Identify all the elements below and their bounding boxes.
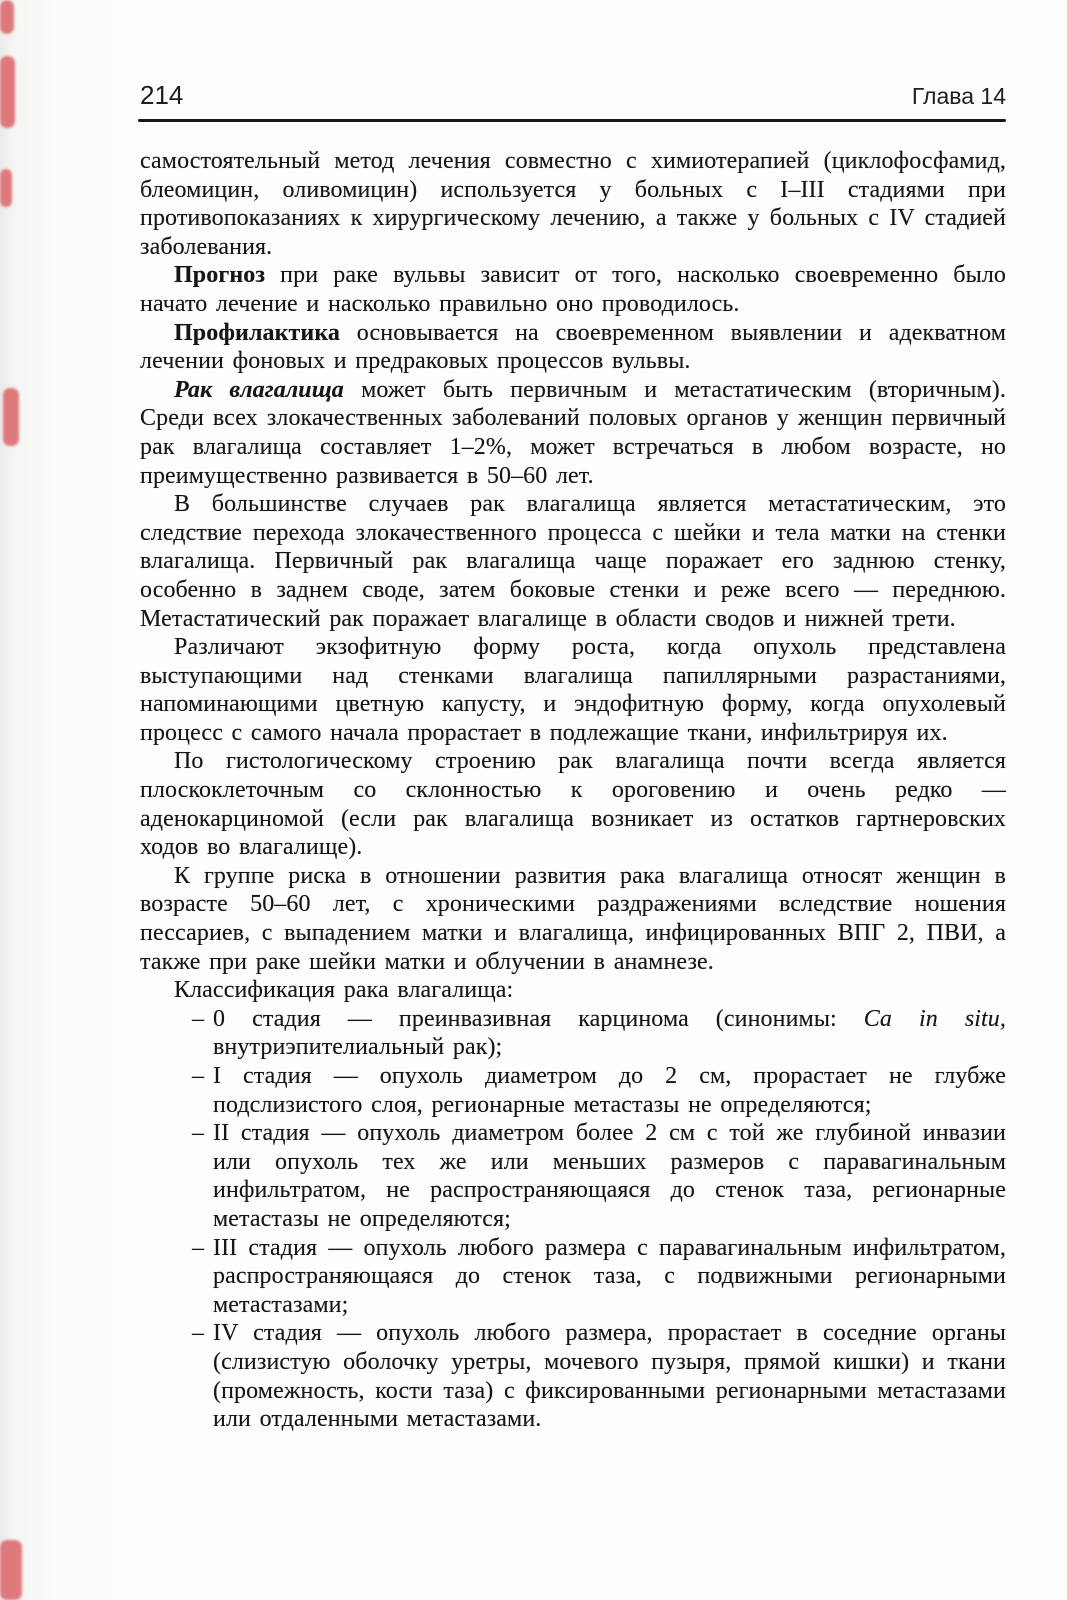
text-segment: 0 стадия — преинвазивная карцинома (сино… (213, 1006, 864, 1032)
text-segment: внутриэпителиальный рак); (213, 1034, 502, 1060)
red-edge-scan-mark (0, 169, 12, 207)
text-segment: В большинстве случаев рак влагалища явля… (140, 491, 1006, 631)
text-segment: Ca in situ, (864, 1006, 1006, 1032)
paragraph: К группе риска в отношении развития рака… (140, 862, 1006, 976)
text-segment: при раке вульвы зависит от того, насколь… (140, 262, 1006, 317)
header-rule (138, 119, 1006, 122)
paragraph: Рак влагалища может быть первичным и мет… (140, 376, 1006, 490)
stage-list-item: –III стадия — опухоль любого размера с п… (140, 1234, 1006, 1320)
text-segment: К группе риска в отношении развития рака… (140, 863, 1006, 975)
red-edge-scan-mark (3, 388, 19, 446)
body-text: самостоятельный метод лечения совместно … (140, 147, 1006, 1434)
red-edge-scan-mark (0, 1540, 22, 1600)
page-header: 214 Глава 14 (140, 82, 1006, 108)
text-segment: Различают экзофитную форму роста, когда … (140, 634, 1006, 746)
text-segment: III стадия — опухоль любого размера с па… (213, 1235, 1006, 1318)
text-segment: II стадия — опухоль диаметром более 2 см… (213, 1120, 1006, 1232)
page-number: 214 (140, 82, 183, 108)
scanned-book-page: 214 Глава 14 самостоятельный метод лечен… (0, 0, 1067, 1600)
paragraph: В большинстве случаев рак влагалища явля… (140, 490, 1006, 633)
paragraph: По гистологическому строению рак влагали… (140, 747, 1006, 861)
text-segment: самостоятельный метод лечения совместно … (140, 148, 1006, 260)
text-segment: IV стадия — опухоль любого размера, прор… (213, 1320, 1006, 1432)
paragraph: Профилактика основывается на своевременн… (140, 319, 1006, 376)
list-dash-marker: – (192, 1119, 204, 1148)
text-segment: Рак влагалища (174, 377, 344, 403)
red-edge-scan-mark (0, 0, 14, 34)
text-segment: По гистологическому строению рак влагали… (140, 748, 1006, 860)
stage-list-item: –II стадия — опухоль диаметром более 2 с… (140, 1119, 1006, 1233)
paragraph: Различают экзофитную форму роста, когда … (140, 633, 1006, 747)
paragraph: Прогноз при раке вульвы зависит от того,… (140, 261, 1006, 318)
list-dash-marker: – (192, 1062, 204, 1091)
text-segment: Прогноз (174, 262, 265, 288)
text-segment: I стадия — опухоль диаметром до 2 см, пр… (213, 1063, 1006, 1118)
list-dash-marker: – (192, 1005, 204, 1034)
list-dash-marker: – (192, 1319, 204, 1348)
chapter-label: Глава 14 (912, 85, 1006, 108)
paragraph: Классификация рака влагалища: (140, 976, 1006, 1005)
text-segment: Профилактика (174, 320, 340, 346)
paragraph: самостоятельный метод лечения совместно … (140, 147, 1006, 261)
stage-list-item: –0 стадия — преинвазивная карцинома (син… (140, 1005, 1006, 1062)
red-edge-scan-mark (0, 56, 15, 128)
stage-list-item: –I стадия — опухоль диаметром до 2 см, п… (140, 1062, 1006, 1119)
text-segment: Классификация рака влагалища: (174, 977, 513, 1003)
stage-list-item: –IV стадия — опухоль любого размера, про… (140, 1319, 1006, 1433)
list-dash-marker: – (192, 1234, 204, 1263)
